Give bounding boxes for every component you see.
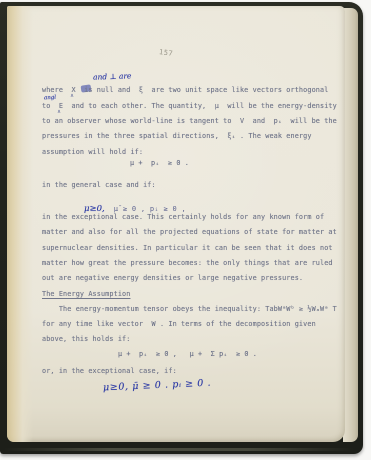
typed-line: out are negative energy densities or lar… [42, 274, 303, 282]
section-heading: The Energy Assumption [42, 290, 130, 298]
typed-line: for any time like vector W . In terms of… [42, 320, 316, 328]
typed-equation-rest: μ̄ ≥ 0 , pᵢ ≥ 0 , [105, 205, 186, 213]
typed-line: pressures in the three spatial direction… [42, 132, 312, 140]
handwritten-insertion: and ⊥ are [93, 71, 132, 81]
typed-line: in the exceptional case. This certainly … [42, 213, 324, 221]
typed-line: supernuclear densities. In particular it… [42, 244, 333, 252]
typed-line: to E and to each other. The quantity, μ … [42, 102, 337, 110]
handwritten-equation: μ≥0, μ̄ ≥ 0 . pᵢ ≥ 0 . [103, 378, 212, 394]
typed-page: 157 and ⊥ are angl ∧ ∧ where X is null a… [7, 6, 345, 442]
typed-line: matter and also for all the projected eq… [42, 228, 337, 236]
typed-line: The energy-momentum tensor obeys the ine… [42, 305, 337, 313]
page-number: 157 [159, 48, 174, 58]
typed-line: matter how great the pressure becomes: t… [42, 259, 333, 267]
page-fore-edge [343, 8, 358, 442]
typed-line: or, in the exceptional case, if: [42, 367, 177, 375]
typed-line: assumption will hold if: [42, 148, 143, 156]
cover-edge-highlight [4, 448, 354, 451]
typed-line: in the general case and if: [42, 181, 156, 189]
typed-line: above, this holds if: [42, 335, 130, 343]
typed-line: to an observer whose world-line is tange… [42, 117, 337, 125]
equation-energy-assumption: μ + pᵢ ≥ 0 , μ + Σ pᵢ ≥ 0 . [118, 350, 257, 358]
photographed-manuscript-page: 157 and ⊥ are angl ∧ ∧ where X is null a… [0, 0, 371, 460]
handwritten-margin-note: angl [44, 95, 56, 102]
page-gutter-shading [7, 6, 33, 442]
equation-weak-energy: μ + pᵢ ≥ 0 . [130, 159, 189, 167]
typed-line: where X is null and ξ are two unit space… [42, 86, 328, 94]
